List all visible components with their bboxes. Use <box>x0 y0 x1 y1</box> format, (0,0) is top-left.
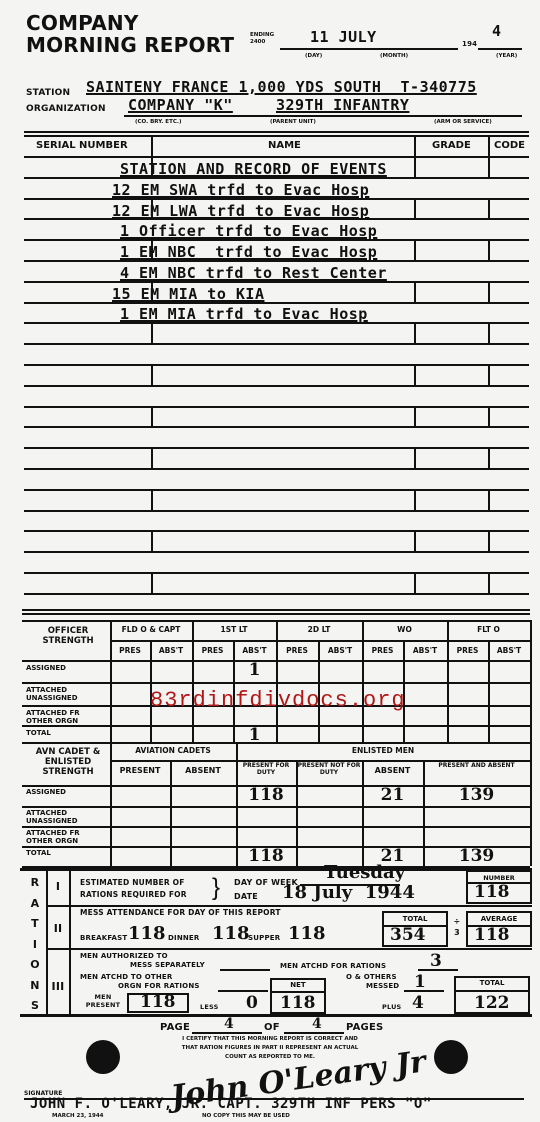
officer-subcol-header: ABS'T <box>150 646 192 655</box>
atchd-other-label-2: ORGN FOR RATIONS <box>118 982 200 990</box>
day-caption: (DAY) <box>305 53 322 59</box>
officer-row-label: ASSIGNED <box>26 664 108 672</box>
rations-total-label: TOTAL <box>454 979 530 987</box>
col-grade: GRADE <box>432 140 471 151</box>
enlisted-cell-value: 118 <box>236 785 296 805</box>
form-title-line1: COMPANY <box>26 12 139 34</box>
year-value: 4 <box>492 22 502 40</box>
signer-name: JOHN F. O'LEARY, JR. CAPT. 329TH INF PER… <box>30 1096 432 1112</box>
enlisted-col-header: PRESENT <box>110 766 170 775</box>
officer-subcol-header: ABS'T <box>403 646 447 655</box>
roster-entry: STATION AND RECORD OF EVENTS <box>120 160 387 178</box>
officer-group-header: FLT O <box>447 625 530 634</box>
officer-subcol-header: PRES <box>276 646 318 655</box>
men-present-label: MEN PRESENT <box>82 993 124 1009</box>
col-serial-number: SERIAL NUMBER <box>36 140 128 151</box>
aviation-cadets-header: AVIATION CADETS <box>110 746 236 755</box>
organization-company: COMPANY "K" <box>128 96 233 114</box>
enlisted-col-header: PRESENT AND ABSENT <box>423 762 530 769</box>
pages-label: PAGES <box>346 1022 383 1033</box>
enlisted-cell-value: 139 <box>423 846 530 866</box>
rations-letter: N <box>28 976 42 997</box>
total-value: 354 <box>390 925 426 945</box>
auth-label-2: MESS SEPARATELY <box>130 961 205 969</box>
mess-attendance-label: MESS ATTENDANCE FOR DAY OF THIS REPORT <box>80 908 281 917</box>
year-caption: (YEAR) <box>496 53 517 59</box>
binder-hole <box>86 1040 120 1074</box>
rations-letter: O <box>28 955 42 976</box>
dinner-value: 118 <box>212 923 250 944</box>
enlisted-col-header: PRESENT FOR DUTY <box>236 762 296 776</box>
others-messed-value: 1 <box>414 972 426 992</box>
col-name: NAME <box>268 140 301 151</box>
others-messed-label-1: O & OTHERS <box>346 973 397 981</box>
enlisted-col-header: ABSENT <box>170 766 236 775</box>
officer-row-label: TOTAL <box>26 729 108 737</box>
section-i-numeral: I <box>48 880 68 893</box>
rations-side-label: RATIONS <box>28 873 42 1017</box>
enlisted-row-label: ATTACHED FR OTHER ORGN <box>26 829 108 845</box>
divide-symbol: ÷ 3 <box>450 916 464 938</box>
plus-value: 4 <box>412 993 424 1013</box>
atchd-for-rations-label: MEN ATCHD FOR RATIONS <box>280 962 386 970</box>
rations-letter: T <box>28 914 42 935</box>
organization-parent: 329TH INFANTRY <box>276 96 409 114</box>
officer-cell-value: 1 <box>233 660 276 680</box>
officer-subcol-header: PRES <box>192 646 233 655</box>
section-i-label-2: RATIONS REQUIRED FOR <box>80 890 187 899</box>
enlisted-row-label: TOTAL <box>26 849 108 857</box>
number-label: NUMBER <box>466 874 532 882</box>
section-ii-numeral: II <box>48 922 68 935</box>
atchd-other-label-1: MEN ATCHD TO OTHER <box>80 973 172 981</box>
station-label: STATION <box>26 88 70 98</box>
caption-arm: (ARM OR SERVICE) <box>434 119 492 125</box>
net-label: NET <box>270 981 326 989</box>
rations-letter: A <box>28 894 42 915</box>
roster-entry: 4 EM NBC trfd to Rest Center <box>120 264 387 282</box>
less-label: LESS <box>200 1003 218 1011</box>
day-of-week-value: Tuesday <box>324 862 405 883</box>
officer-row-label: ATTACHED UNASSIGNED <box>26 686 108 702</box>
officer-group-header: WO <box>362 625 447 634</box>
enlisted-row-label: ASSIGNED <box>26 788 108 796</box>
average-label: AVERAGE <box>466 915 532 923</box>
roster-entry: 15 EM MIA to KIA <box>112 285 265 303</box>
date-value: 18 July 1944 <box>282 882 415 903</box>
officer-strength-title: OFFICER STRENGTH <box>28 626 108 646</box>
form-note: MARCH 23, 1944 <box>52 1113 104 1119</box>
others-messed-label-2: MESSED <box>366 982 399 990</box>
officer-group-header: 1ST LT <box>192 625 276 634</box>
ending-label: ENDING 2400 <box>250 32 278 46</box>
enlisted-row-label: ATTACHED UNASSIGNED <box>26 809 108 825</box>
certify-line-2: THAT RATION FIGURES IN PART II REPRESENT… <box>140 1045 400 1051</box>
enlisted-cell-value: 21 <box>362 785 423 805</box>
less-value: 0 <box>246 993 258 1013</box>
rations-total-value: 122 <box>474 993 510 1013</box>
breakfast-value: 118 <box>128 923 166 944</box>
rations-letter: S <box>28 996 42 1017</box>
average-value: 118 <box>474 925 510 945</box>
brace-icon: } <box>212 874 220 902</box>
binder-hole <box>434 1040 468 1074</box>
pages-value: 4 <box>312 1016 322 1032</box>
year-prefix: 194 <box>462 40 477 48</box>
col-code: CODE <box>494 140 525 151</box>
officer-group-header: 2D LT <box>276 625 362 634</box>
of-label: OF <box>264 1022 280 1033</box>
total-label: TOTAL <box>382 915 448 923</box>
net-value: 118 <box>280 993 316 1013</box>
roster-entry: 12 EM LWA trfd to Evac Hosp <box>112 202 369 220</box>
rations-letter: R <box>28 873 42 894</box>
organization-label: ORGANIZATION <box>26 104 106 114</box>
enlisted-strength-title: AVN CADET & ENLISTED STRENGTH <box>28 747 108 777</box>
page-value: 4 <box>224 1016 234 1032</box>
copy-note: NO COPY THIS MAY BE USED <box>202 1113 290 1119</box>
officer-subcol-header: ABS'T <box>488 646 530 655</box>
form-title-line2: MORNING REPORT <box>26 34 234 56</box>
caption-company: (CO. BRY. ETC.) <box>135 119 181 125</box>
station-value: SAINTENY FRANCE 1,000 YDS SOUTH T-340775 <box>86 78 477 96</box>
officer-subcol-header: ABS'T <box>233 646 276 655</box>
officer-subcol-header: PRES <box>110 646 150 655</box>
number-value: 118 <box>474 882 510 902</box>
enlisted-cell-value: 118 <box>236 846 296 866</box>
enlisted-men-header: ENLISTED MEN <box>236 746 530 755</box>
page-label: PAGE <box>160 1022 190 1033</box>
date-label: DATE <box>234 892 258 901</box>
atchd-for-rations-value: 3 <box>430 951 442 971</box>
enlisted-col-header: PRESENT NOT FOR DUTY <box>296 762 362 776</box>
officer-subcol-header: ABS'T <box>318 646 362 655</box>
officer-subcol-header: PRES <box>362 646 403 655</box>
month-caption: (MONTH) <box>380 53 408 59</box>
breakfast-label: BREAKFAST <box>80 934 127 942</box>
supper-value: 118 <box>288 923 326 944</box>
roster-entry: 1 Officer trfd to Evac Hosp <box>120 222 377 240</box>
certify-line-1: I CERTIFY THAT THIS MORNING REPORT IS CO… <box>140 1036 400 1042</box>
section-iii-numeral: III <box>48 980 68 993</box>
roster-entry: 1 EM MIA trfd to Evac Hosp <box>120 305 368 323</box>
enlisted-col-header: ABSENT <box>362 766 423 775</box>
roster-entry: 12 EM SWA trfd to Evac Hosp <box>112 181 369 199</box>
supper-label: SUPPER <box>248 934 280 942</box>
report-date: 11 JULY <box>310 28 377 46</box>
roster-entry: 1 EM NBC trfd to Evac Hosp <box>120 243 377 261</box>
watermark: 83rdinfdivdocs.org <box>150 688 406 713</box>
officer-row-label: ATTACHED FR OTHER ORGN <box>26 709 108 725</box>
officer-group-header: FLD O & CAPT <box>110 625 192 634</box>
rations-letter: I <box>28 935 42 956</box>
auth-label-1: MEN AUTHORIZED TO <box>80 952 168 960</box>
officer-subcol-header: PRES <box>447 646 488 655</box>
men-present-value: 118 <box>140 992 176 1012</box>
section-i-label-1: ESTIMATED NUMBER OF <box>80 878 185 887</box>
enlisted-cell-value: 139 <box>423 785 530 805</box>
plus-label: PLUS <box>382 1003 401 1011</box>
dinner-label: DINNER <box>168 934 200 942</box>
caption-parent: (PARENT UNIT) <box>270 119 316 125</box>
